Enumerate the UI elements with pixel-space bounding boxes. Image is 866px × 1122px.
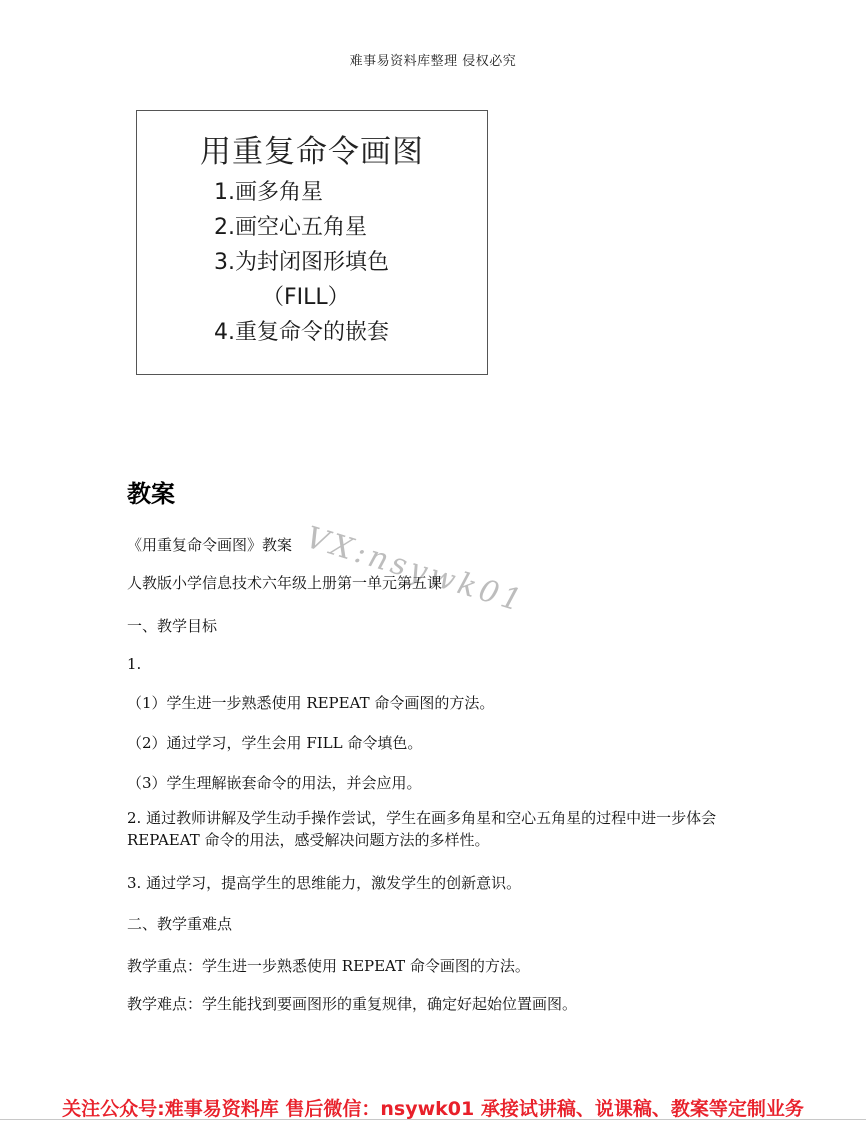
section-title: 一、教学目标 — [127, 615, 217, 636]
slide-item: 4.重复命令的嵌套 — [214, 315, 389, 346]
header-note: 难事易资料库整理 侵权必究 — [0, 50, 866, 69]
key-point: 教学重点：学生进一步熟悉使用 REPEAT 命令画图的方法。 — [127, 955, 530, 976]
goal-paragraph: 2. 通过教师讲解及学生动手操作尝试，学生在画多角星和空心五角星的过程中进一步体… — [127, 807, 742, 851]
goal-paragraph: 3. 通过学习，提高学生的思维能力，激发学生的创新意识。 — [127, 872, 521, 893]
lesson-subtitle: 人教版小学信息技术六年级上册第一单元第五课 — [127, 572, 442, 593]
goal-item: （3）学生理解嵌套命令的用法，并会应用。 — [127, 772, 422, 793]
goal-item: （1）学生进一步熟悉使用 REPEAT 命令画图的方法。 — [127, 692, 494, 713]
goal-label: 1. — [127, 655, 141, 673]
slide-item: （FILL） — [262, 280, 350, 311]
slide-item: 3.为封闭图形填色 — [214, 245, 389, 276]
slide-title: 用重复命令画图 — [137, 126, 487, 171]
footer-banner: 关注公众号:难事易资料库 售后微信：nsywk01 承接试讲稿、说课稿、教案等定… — [0, 1094, 866, 1121]
lesson-title: 《用重复命令画图》教案 — [127, 534, 292, 555]
slide-thumbnail: 用重复命令画图 1.画多角星 2.画空心五角星 3.为封闭图形填色 （FILL）… — [136, 110, 488, 375]
slide-item: 2.画空心五角星 — [214, 210, 367, 241]
footer-divider — [0, 1119, 866, 1120]
difficult-point: 教学难点：学生能找到要画图形的重复规律，确定好起始位置画图。 — [127, 993, 577, 1014]
goal-item: （2）通过学习，学生会用 FILL 命令填色。 — [127, 732, 422, 753]
section-title: 二、教学重难点 — [127, 913, 232, 934]
document-heading: 教案 — [127, 474, 175, 509]
watermark: VX:nsywk01 — [302, 520, 529, 620]
slide-item: 1.画多角星 — [214, 175, 323, 206]
